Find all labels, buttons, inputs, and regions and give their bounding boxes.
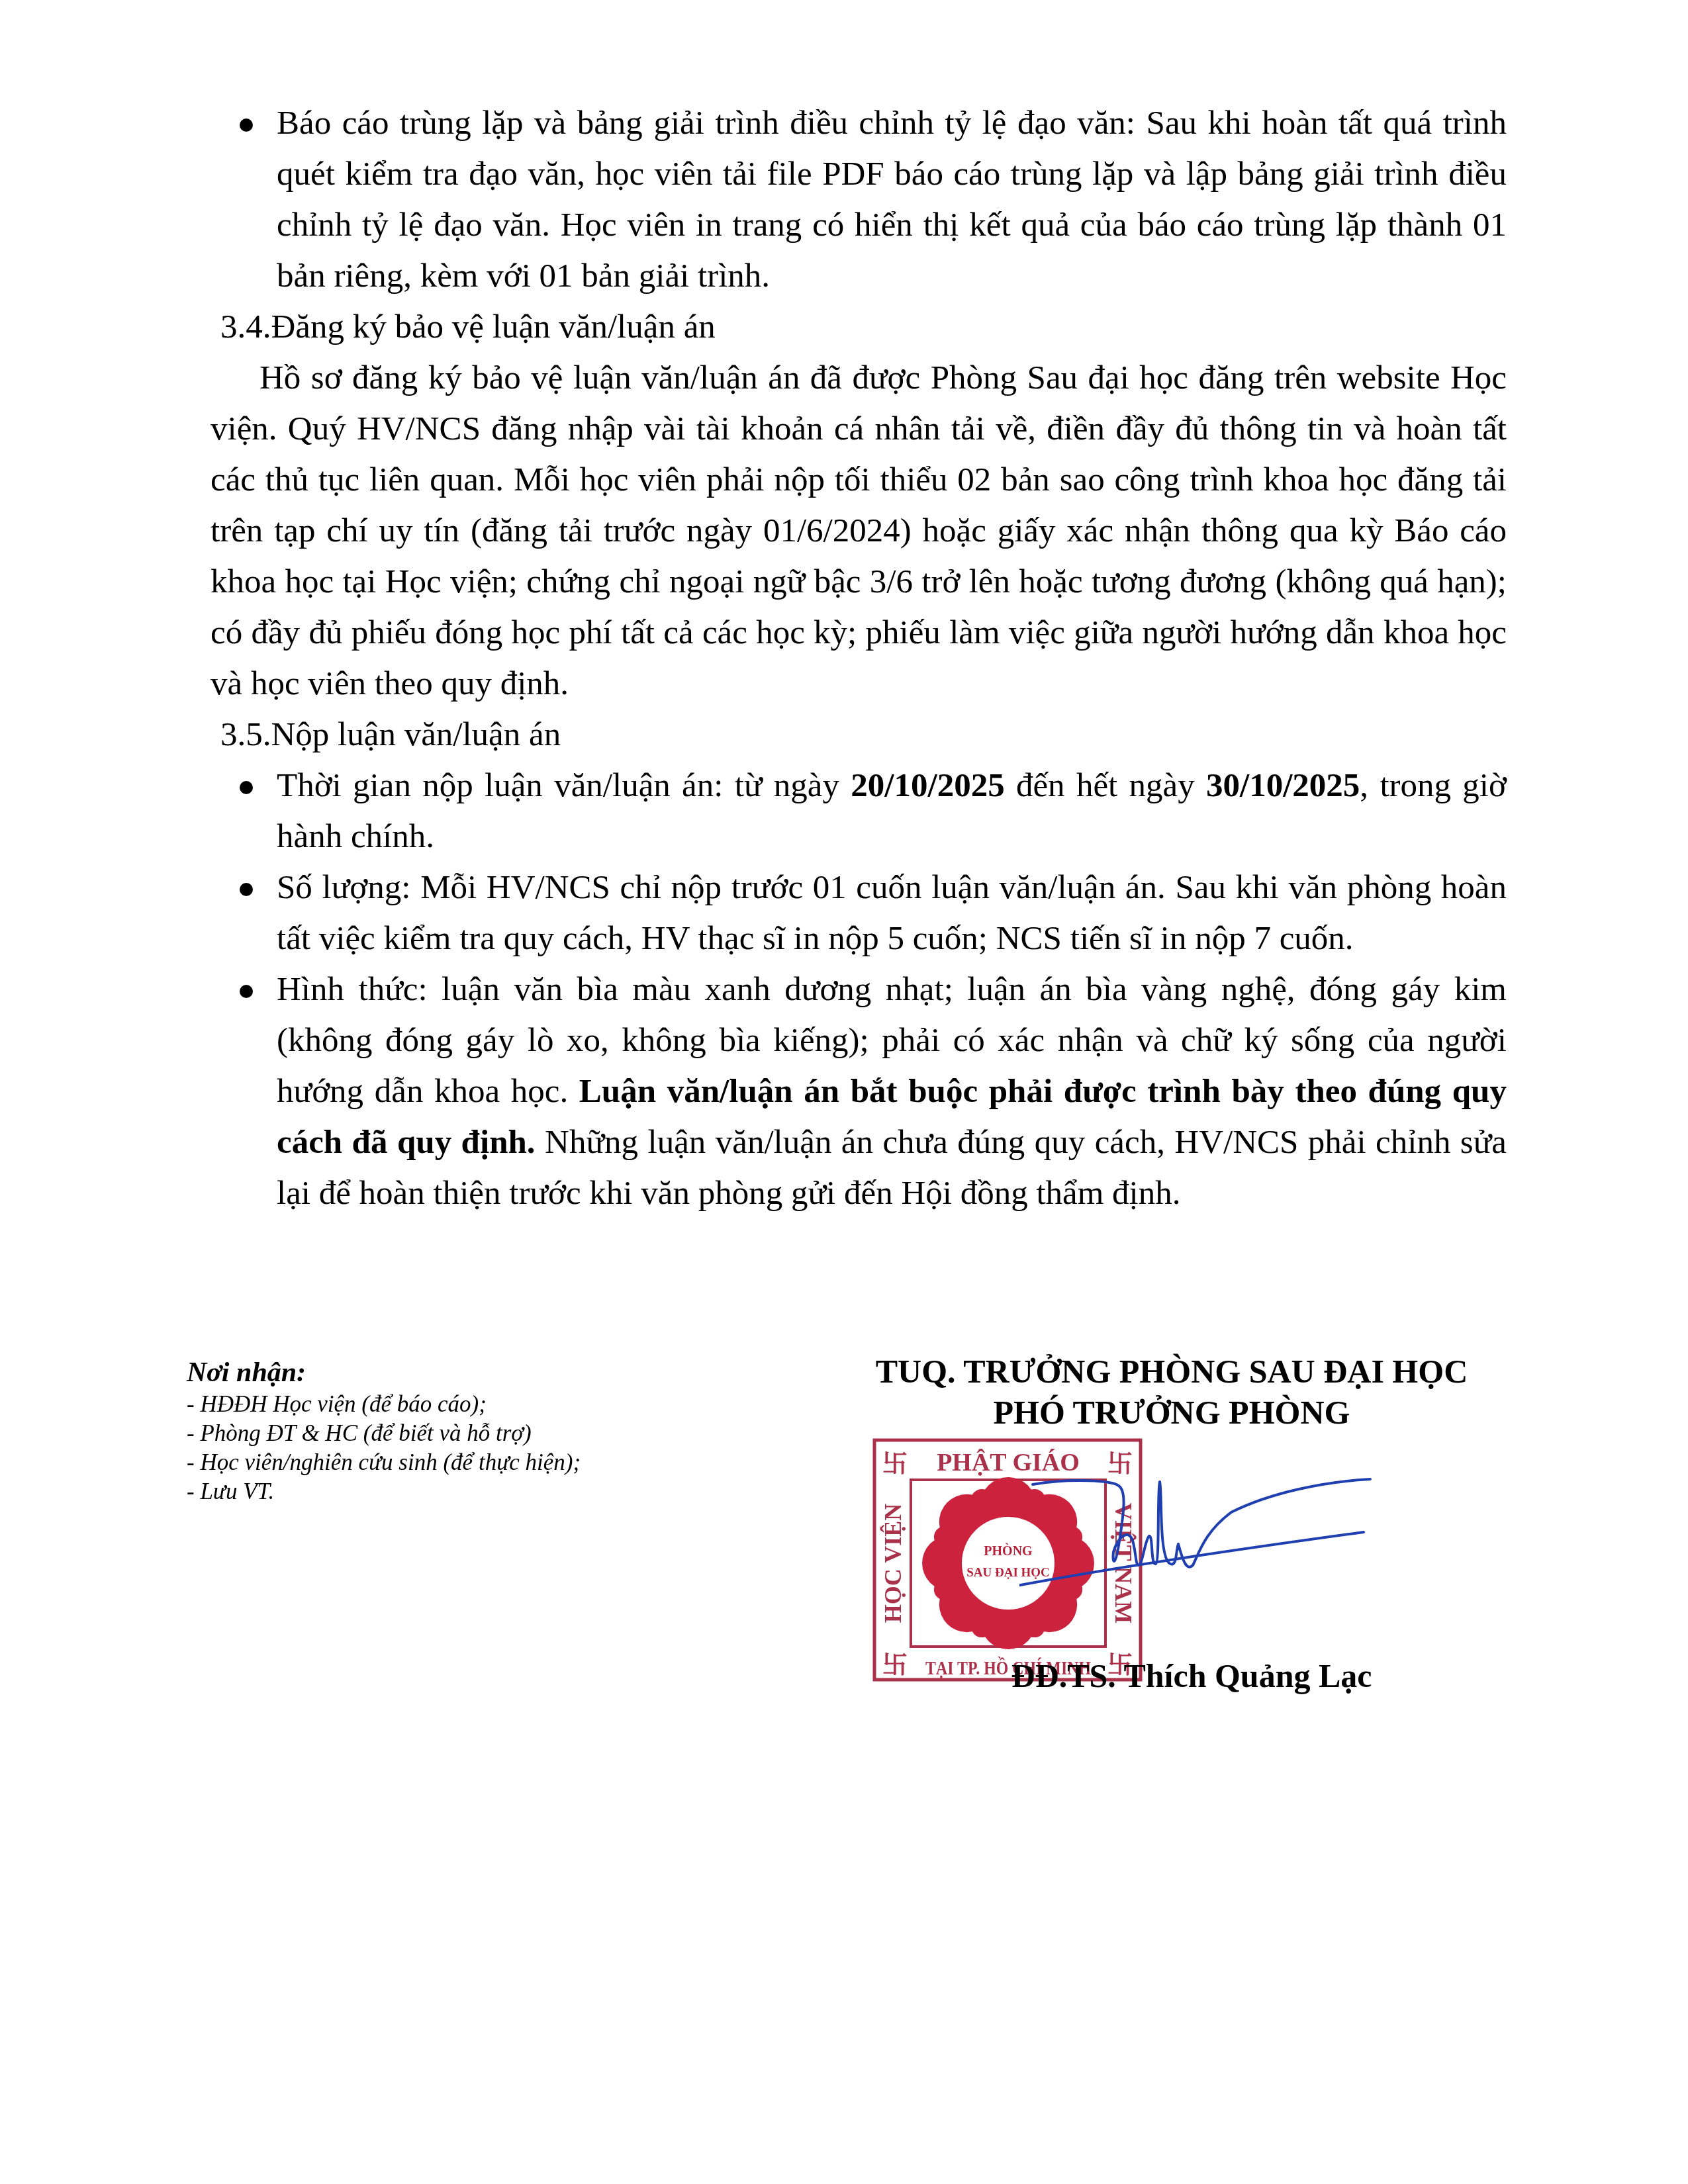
recipients-block: Nơi nhận: - HĐĐH Học viện (để báo cáo); … <box>187 1355 716 1506</box>
plagiarism-report-text: Báo cáo trùng lặp và bảng giải trình điề… <box>277 105 1507 295</box>
document-page: Báo cáo trùng lặp và bảng giải trình điề… <box>0 0 1688 2184</box>
svg-text:PHẬT GIÁO: PHẬT GIÁO <box>937 1449 1080 1477</box>
submission-time-prefix: Thời gian nộp luận văn/luận án: từ ngày <box>277 767 851 804</box>
recipient-item: - HĐĐH Học viện (để báo cáo); <box>187 1390 716 1419</box>
list-item-quantity: Số lượng: Mỗi HV/NCS chỉ nộp trước 01 cu… <box>211 862 1507 964</box>
list-item-format: Hình thức: luận văn bìa màu xanh dương n… <box>211 964 1507 1219</box>
official-seal-icon: PHÒNG SAU ĐẠI HỌC PHẬT GIÁO TẠI TP. HỒ C… <box>869 1436 1147 1684</box>
signer-position-line: PHÓ TRƯỞNG PHÒNG <box>788 1392 1556 1432</box>
submission-end-date: 30/10/2025 <box>1206 767 1360 804</box>
recipient-item: - Phòng ĐT & HC (để biết và hỗ trợ) <box>187 1419 716 1448</box>
section-heading-3-4: 3.4.Đăng ký bảo vệ luận văn/luận án <box>211 302 1507 353</box>
list-item-plagiarism-report: Báo cáo trùng lặp và bảng giải trình điề… <box>211 98 1507 302</box>
svg-text:卐: 卐 <box>882 1449 908 1478</box>
svg-text:VIỆT NAM: VIỆT NAM <box>1110 1503 1137 1623</box>
bullet-icon <box>240 883 253 896</box>
signer-title-block: TUQ. TRƯỞNG PHÒNG SAU ĐẠI HỌC PHÓ TRƯỞNG… <box>788 1350 1556 1432</box>
bullet-icon <box>240 781 253 794</box>
bullet-icon <box>240 985 253 998</box>
section-3-4-paragraph: Hồ sơ đăng ký bảo vệ luận văn/luận án đã… <box>211 353 1507 709</box>
bullet-icon <box>240 118 253 132</box>
recipient-item: - Lưu VT. <box>187 1477 716 1506</box>
document-body: Báo cáo trùng lặp và bảng giải trình điề… <box>211 98 1507 1219</box>
signer-name: ĐĐ.TS. Thích Quảng Lạc <box>827 1656 1556 1696</box>
recipient-item: - Học viên/nghiên cứu sinh (để thực hiện… <box>187 1448 716 1477</box>
signer-authority-line: TUQ. TRƯỞNG PHÒNG SAU ĐẠI HỌC <box>788 1350 1556 1392</box>
submission-time-middle: đến hết ngày <box>1005 767 1206 804</box>
svg-text:HỌC VIỆN: HỌC VIỆN <box>880 1504 906 1623</box>
svg-text:卐: 卐 <box>1107 1449 1133 1478</box>
section-heading-3-5: 3.5.Nộp luận văn/luận án <box>211 709 1507 760</box>
svg-text:SAU ĐẠI HỌC: SAU ĐẠI HỌC <box>966 1566 1050 1580</box>
submission-start-date: 20/10/2025 <box>851 767 1004 804</box>
list-item-submission-time: Thời gian nộp luận văn/luận án: từ ngày … <box>211 760 1507 862</box>
recipients-title: Nơi nhận: <box>187 1355 716 1390</box>
quantity-text: Số lượng: Mỗi HV/NCS chỉ nộp trước 01 cu… <box>277 869 1507 957</box>
svg-text:PHÒNG: PHÒNG <box>984 1543 1033 1559</box>
